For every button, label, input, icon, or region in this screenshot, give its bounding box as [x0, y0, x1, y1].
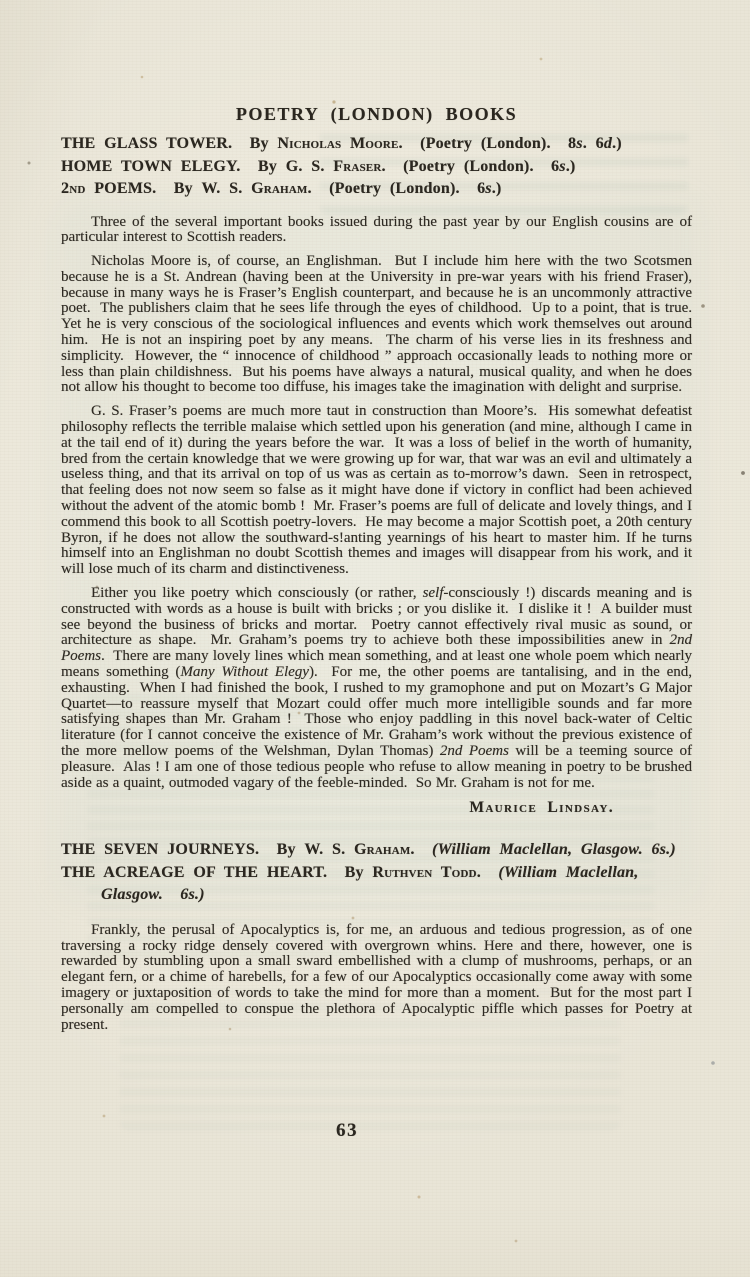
book-entry: THE ACREAGE OF THE HEART. By Ruthven Tod… — [61, 862, 692, 907]
paper-specks — [0, 0, 2, 2]
review-paragraph: Nicholas Moore is, of course, an English… — [61, 254, 692, 396]
review-paragraph: Three of the several important books iss… — [61, 215, 692, 247]
review-paragraph: Frankly, the perusal of Apocalyptics is,… — [61, 923, 692, 1034]
book-entry: THE GLASS TOWER. By Nicholas Moore. (Poe… — [61, 133, 692, 156]
review-text-primary: Three of the several important books iss… — [61, 215, 692, 792]
reviewer-signature: Maurice Lindsay. — [61, 799, 692, 817]
book-entry: 2nd POEMS. By W. S. Graham. (Poetry (Lon… — [61, 178, 692, 201]
review-paragraph: Either you like poetry which consciously… — [61, 586, 692, 791]
book-entry: THE SEVEN JOURNEYS. By W. S. Graham. (Wi… — [61, 839, 692, 862]
book-entry: HOME TOWN ELEGY. By G. S. Fraser. (Poetr… — [61, 156, 692, 179]
page-title: POETRY (LONDON) BOOKS — [61, 104, 692, 124]
text-column: POETRY (LONDON) BOOKS THE GLASS TOWER. B… — [61, 104, 692, 1041]
book-list-primary: THE GLASS TOWER. By Nicholas Moore. (Poe… — [61, 133, 692, 201]
review-text-secondary: Frankly, the perusal of Apocalyptics is,… — [61, 923, 692, 1034]
book-list-secondary: THE SEVEN JOURNEYS. By W. S. Graham. (Wi… — [61, 839, 692, 907]
scanned-book-page: POETRY (LONDON) BOOKS THE GLASS TOWER. B… — [0, 0, 750, 1277]
page-number: 63 — [0, 1120, 722, 1142]
review-paragraph: G. S. Fraser’s poems are much more taut … — [61, 404, 692, 578]
